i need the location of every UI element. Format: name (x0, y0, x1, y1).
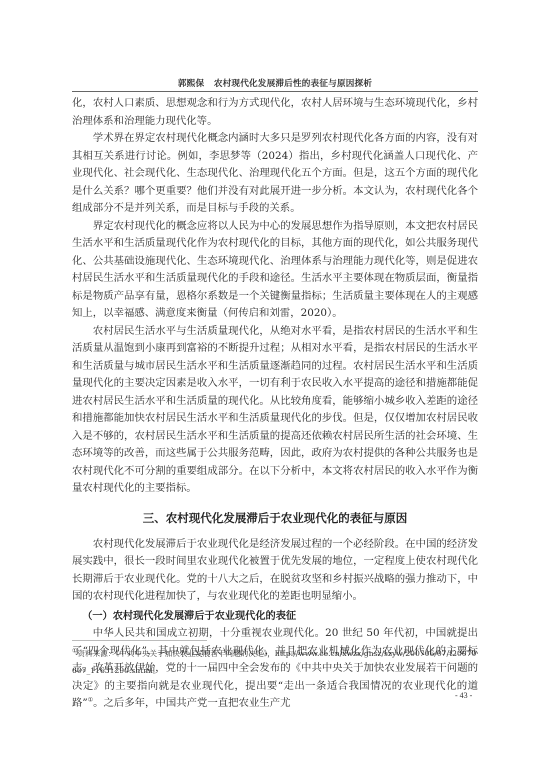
paragraph: 农村居民生活水平与生活质量现代化，从绝对水平看，是指农村居民的生活水平和生活质量… (72, 323, 478, 498)
paragraph: 界定农村现代化的概念应将以人民为中心的发展思想作为指导原则，本文把农村居民生活水… (72, 218, 478, 323)
footnote: ①资料来源：《中共中央关于加快农业发展若干问题的决定》，http://www.c… (72, 645, 478, 679)
body-text: 化，农村人口素质、思想观念和行为方式现代化，农村人居环境与生态环境现代化，乡村治… (72, 95, 478, 713)
section-heading: 三、农村现代化发展滞后于农业现代化的表征与原因 (72, 510, 478, 526)
header-title: 农村现代化发展滞后性的表征与原因探析 (214, 79, 372, 89)
running-header: 郭熙保 农村现代化发展滞后性的表征与原因探析 (72, 77, 478, 89)
document-page: 郭熙保 农村现代化发展滞后性的表征与原因探析 化，农村人口素质、思想观念和行为方… (0, 0, 553, 782)
header-rule (72, 91, 478, 92)
header-author: 郭熙保 (178, 79, 204, 89)
subsection-heading: （一）农村现代化发展滞后于农业现代化的表征 (72, 608, 478, 626)
paragraph-continuation: 化，农村人口素质、思想观念和行为方式现代化，农村人居环境与生态环境现代化，乡村治… (72, 95, 478, 130)
paragraph: 学术界在界定农村现代化概念内涵时大多只是罗列农村现代化各方面的内容，没有对其相互… (72, 130, 478, 218)
footnote-text: 资料来源：《中共中央关于加快农业发展若干问题的决定》，http://www.ce… (72, 649, 476, 675)
section-intro-paragraph: 农村现代化发展滞后于农业现代化是经济发展过程的一个必经阶段。在中国的经济发展实践… (72, 536, 478, 606)
page-number: - 43 - (455, 691, 472, 700)
paragraph-text-cont: 。之后多年，中国共产党一直把农业生产尤 (93, 697, 290, 709)
footnote-rule (72, 640, 207, 641)
